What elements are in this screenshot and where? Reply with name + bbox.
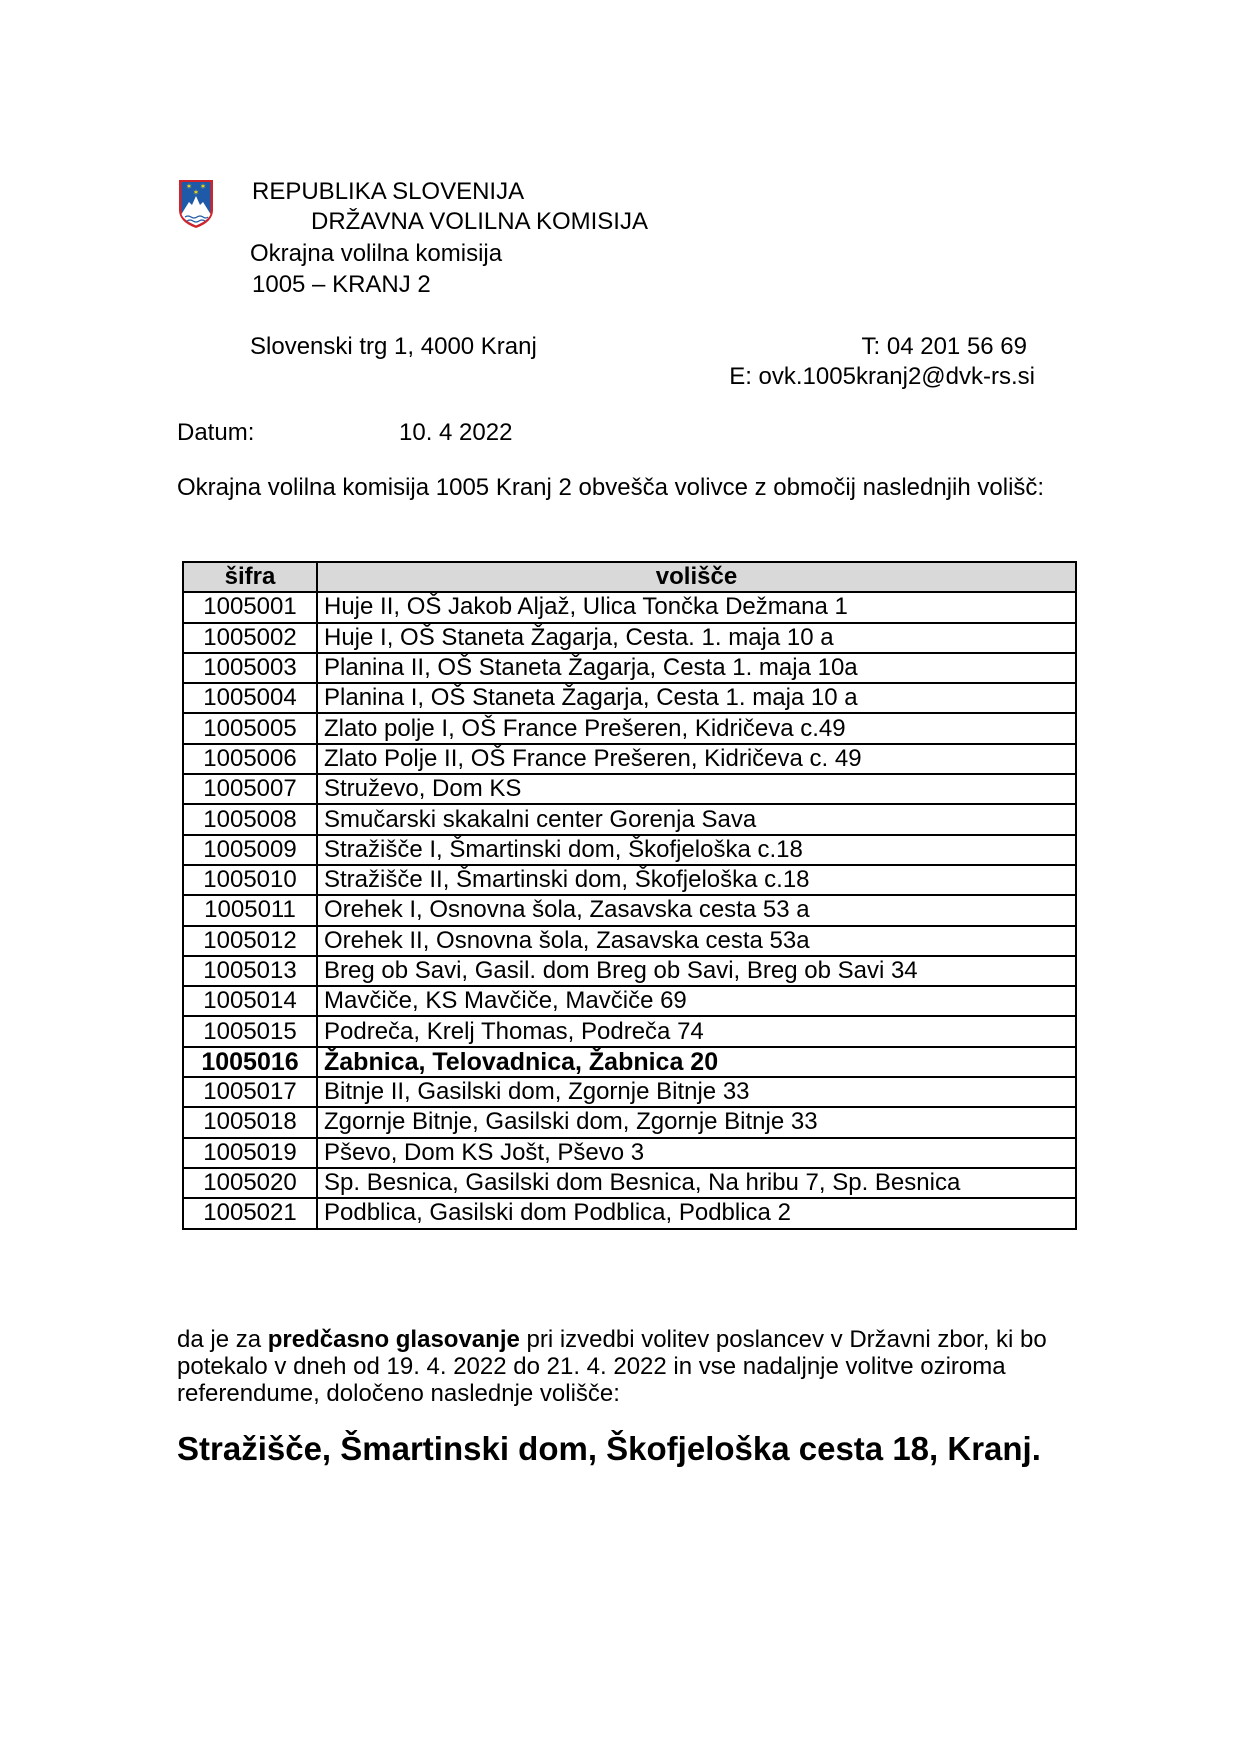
svg-text:✶: ✶ — [186, 182, 193, 191]
table-row: 1005007Struževo, Dom KS — [183, 774, 1076, 804]
station-code: 1005016 — [183, 1047, 317, 1077]
station-code: 1005013 — [183, 956, 317, 986]
station-place: Bitnje II, Gasilski dom, Zgornje Bitnje … — [317, 1077, 1076, 1107]
table-row: 1005014Mavčiče, KS Mavčiče, Mavčiče 69 — [183, 986, 1076, 1016]
station-place: Zlato polje I, OŠ France Prešeren, Kidri… — [317, 713, 1076, 743]
station-place: Zgornje Bitnje, Gasilski dom, Zgornje Bi… — [317, 1107, 1076, 1137]
station-code: 1005017 — [183, 1077, 317, 1107]
table-row: 1005018Zgornje Bitnje, Gasilski dom, Zgo… — [183, 1107, 1076, 1137]
header-dvk: DRŽAVNA VOLILNA KOMISIJA — [311, 208, 648, 236]
station-place: Podreča, Krelj Thomas, Podreča 74 — [317, 1016, 1076, 1046]
svg-text:✶: ✶ — [200, 182, 207, 191]
table-row: 1005013Breg ob Savi, Gasil. dom Breg ob … — [183, 956, 1076, 986]
table-row: 1005010Stražišče II, Šmartinski dom, Ško… — [183, 865, 1076, 895]
station-place: Planina II, OŠ Staneta Žagarja, Cesta 1.… — [317, 653, 1076, 683]
table-row: 1005012Orehek II, Osnovna šola, Zasavska… — [183, 926, 1076, 956]
table-row: 1005011Orehek I, Osnovna šola, Zasavska … — [183, 895, 1076, 925]
station-code: 1005002 — [183, 623, 317, 653]
station-place: Orehek I, Osnovna šola, Zasavska cesta 5… — [317, 895, 1076, 925]
station-code: 1005001 — [183, 592, 317, 622]
station-code: 1005007 — [183, 774, 317, 804]
station-code: 1005011 — [183, 895, 317, 925]
notice-prefix: da je za — [177, 1326, 268, 1353]
table-row: 1005001Huje II, OŠ Jakob Aljaž, Ulica To… — [183, 592, 1076, 622]
intro-text: Okrajna volilna komisija 1005 Kranj 2 ob… — [177, 474, 1077, 501]
station-place: Podblica, Gasilski dom Podblica, Podblic… — [317, 1198, 1076, 1228]
early-voting-location: Stražišče, Šmartinski dom, Škofjeloška c… — [177, 1430, 1041, 1468]
station-code: 1005008 — [183, 804, 317, 834]
station-code: 1005019 — [183, 1138, 317, 1168]
contact-email[interactable]: E: ovk.1005kranj2@dvk-rs.si — [729, 363, 1035, 391]
station-code: 1005006 — [183, 744, 317, 774]
table-row: 1005004Planina I, OŠ Staneta Žagarja, Ce… — [183, 683, 1076, 713]
station-code: 1005009 — [183, 835, 317, 865]
notice-bold: predčasno glasovanje — [268, 1326, 520, 1353]
station-code: 1005005 — [183, 713, 317, 743]
station-place: Struževo, Dom KS — [317, 774, 1076, 804]
station-place: Mavčiče, KS Mavčiče, Mavčiče 69 — [317, 986, 1076, 1016]
station-code: 1005018 — [183, 1107, 317, 1137]
table-row: 1005006Zlato Polje II, OŠ France Prešere… — [183, 744, 1076, 774]
contact-address: Slovenski trg 1, 4000 Kranj — [250, 333, 537, 361]
table-row: 1005002Huje I, OŠ Staneta Žagarja, Cesta… — [183, 623, 1076, 653]
station-code: 1005004 — [183, 683, 317, 713]
station-code: 1005012 — [183, 926, 317, 956]
station-code: 1005015 — [183, 1016, 317, 1046]
station-place: Pševo, Dom KS Jošt, Pševo 3 — [317, 1138, 1076, 1168]
svg-text:✶: ✶ — [193, 188, 200, 197]
station-place: Stražišče I, Šmartinski dom, Škofjeloška… — [317, 835, 1076, 865]
header-place: volišče — [317, 562, 1076, 592]
station-place: Breg ob Savi, Gasil. dom Breg ob Savi, B… — [317, 956, 1076, 986]
table-row: 1005017Bitnje II, Gasilski dom, Zgornje … — [183, 1077, 1076, 1107]
station-place: Zlato Polje II, OŠ France Prešeren, Kidr… — [317, 744, 1076, 774]
table-row: 1005005Zlato polje I, OŠ France Prešeren… — [183, 713, 1076, 743]
station-place: Žabnica, Telovadnica, Žabnica 20 — [317, 1047, 1076, 1077]
header-republika: REPUBLIKA SLOVENIJA — [252, 178, 524, 206]
table-row: 1005003Planina II, OŠ Staneta Žagarja, C… — [183, 653, 1076, 683]
contact-phone: T: 04 201 56 69 — [862, 333, 1027, 361]
station-code: 1005010 — [183, 865, 317, 895]
station-code: 1005021 — [183, 1198, 317, 1228]
station-place: Huje II, OŠ Jakob Aljaž, Ulica Tončka De… — [317, 592, 1076, 622]
station-place: Orehek II, Osnovna šola, Zasavska cesta … — [317, 926, 1076, 956]
station-place: Stražišče II, Šmartinski dom, Škofjelošk… — [317, 865, 1076, 895]
notice-paragraph: da je za predčasno glasovanje pri izvedb… — [177, 1326, 1077, 1407]
station-place: Smučarski skakalni center Gorenja Sava — [317, 804, 1076, 834]
station-code: 1005014 — [183, 986, 317, 1016]
station-place: Planina I, OŠ Staneta Žagarja, Cesta 1. … — [317, 683, 1076, 713]
slovenia-coat-of-arms-icon: ✶ ✶ ✶ — [176, 174, 216, 230]
header-code: šifra — [183, 562, 317, 592]
table-row: 1005015Podreča, Krelj Thomas, Podreča 74 — [183, 1016, 1076, 1046]
date-value: 10. 4 2022 — [399, 419, 512, 447]
header-ovk: Okrajna volilna komisija — [250, 240, 502, 268]
table-row: 1005008Smučarski skakalni center Gorenja… — [183, 804, 1076, 834]
date-label: Datum: — [177, 419, 254, 447]
table-row: 1005016Žabnica, Telovadnica, Žabnica 20 — [183, 1047, 1076, 1077]
table-row: 1005020Sp. Besnica, Gasilski dom Besnica… — [183, 1168, 1076, 1198]
station-code: 1005020 — [183, 1168, 317, 1198]
station-place: Sp. Besnica, Gasilski dom Besnica, Na hr… — [317, 1168, 1076, 1198]
header-district: 1005 – KRANJ 2 — [252, 271, 431, 299]
table-row: 1005021Podblica, Gasilski dom Podblica, … — [183, 1198, 1076, 1228]
table-row: 1005019Pševo, Dom KS Jošt, Pševo 3 — [183, 1138, 1076, 1168]
station-code: 1005003 — [183, 653, 317, 683]
table-header-row: šifra volišče — [183, 562, 1076, 592]
table-row: 1005009Stražišče I, Šmartinski dom, Škof… — [183, 835, 1076, 865]
station-place: Huje I, OŠ Staneta Žagarja, Cesta. 1. ma… — [317, 623, 1076, 653]
polling-stations-table: šifra volišče 1005001Huje II, OŠ Jakob A… — [182, 561, 1077, 1230]
